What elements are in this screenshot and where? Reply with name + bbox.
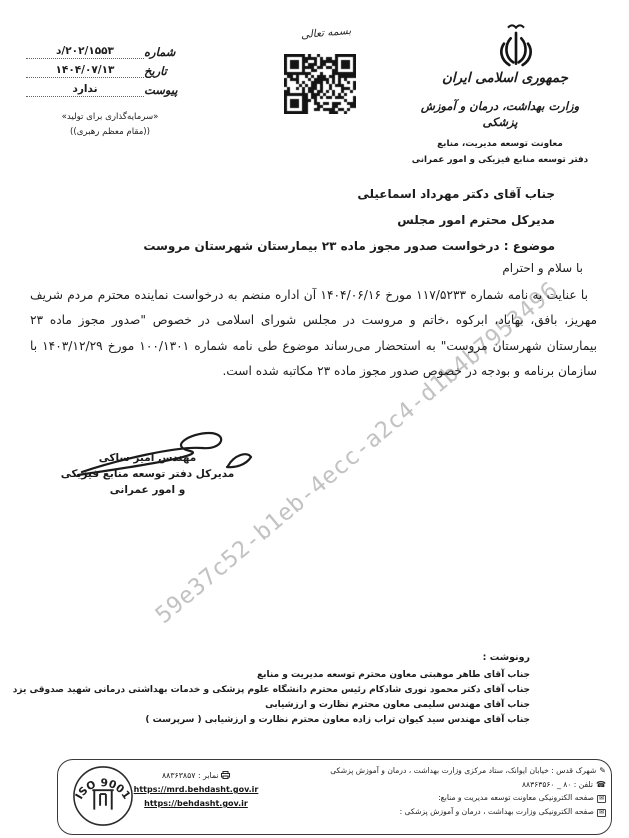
footer-email-1: صفحه الکترونیکی معاونت توسعه مدیریت و من… bbox=[438, 793, 594, 802]
footer-email-row-2: ✉صفحه الکترونیکی وزارت بهداشت ، درمان و … bbox=[288, 805, 606, 819]
date-label: تاریخ bbox=[144, 64, 194, 78]
bismillah-script: بسمه تعالی bbox=[278, 23, 375, 43]
stamp-row-number: شماره ۲۰۲/۱۵۵۳/د bbox=[26, 40, 194, 59]
cc-item: جناب آقای مهندس سلیمی معاون محترم نظارت … bbox=[13, 698, 530, 713]
slogan-attribution: ((مقام معظم رهبری)) bbox=[26, 125, 194, 140]
envelope-icon: ✉ bbox=[597, 809, 606, 817]
date-value: ۱۴۰۴/۰۷/۱۳ bbox=[26, 64, 144, 78]
iso-label: ISO 9001 bbox=[72, 776, 133, 801]
signature-scribble bbox=[18, 420, 258, 486]
fax-number: ۸۸۳۶۳۸۵۷ bbox=[162, 771, 196, 780]
footer-email-2: صفحه الکترونیکی وزارت بهداشت ، درمان و آ… bbox=[400, 807, 594, 816]
cc-item: جناب آقای دکتر محمود نوری شادکام رئیس مح… bbox=[13, 683, 530, 698]
letter-meta-stamp: شماره ۲۰۲/۱۵۵۳/د تاریخ ۱۴۰۴/۰۷/۱۳ پیوست … bbox=[26, 40, 194, 97]
subject-line: موضوع : درخواست صدور مجوز ماده ۲۳ بیمارس… bbox=[143, 233, 555, 259]
footer-address: شهرک قدس : خیابان ایوانک، ستاد مرکزی وزا… bbox=[330, 766, 596, 775]
pencil-icon: ✎ bbox=[599, 764, 606, 778]
letterhead-office: دفتر توسعه منابع فیزیکی و امور عمرانی bbox=[402, 155, 598, 165]
ministry-website-link[interactable]: https://behdasht.gov.ir bbox=[121, 797, 271, 811]
letter-body: با عنایت به نامه شماره ۱۱۷/۵۲۳۳ مورخ ۱۴۰… bbox=[30, 283, 597, 384]
cc-item: جناب آقای طاهر موهبتی معاون محترم توسعه … bbox=[13, 668, 530, 683]
letterhead-deputy: معاونت توسعه مدیریت، منابع bbox=[425, 139, 575, 149]
iso-9001-logo: ISO 9001 bbox=[72, 765, 134, 831]
number-label: شماره bbox=[144, 45, 194, 59]
letterhead-ministry: وزارت بهداشت، درمان و آموزش پزشکی bbox=[408, 98, 592, 130]
slogan-text: «سرمایه‌گذاری برای تولید» bbox=[26, 110, 194, 125]
cc-item: جناب آقای مهندس سید کیوان تراب زاده معاو… bbox=[13, 713, 530, 728]
attachment-value: ندارد bbox=[26, 83, 144, 97]
footer-links-block: نمابر : ۸۸۳۶۳۸۵۷ https://mrd.behdasht.go… bbox=[121, 769, 271, 811]
fax-label: نمابر : bbox=[198, 771, 219, 780]
footer-phone-row: ☎تلفن : ۸۰ _ ۸۸۳۶۳۵۶۰ bbox=[288, 778, 606, 792]
footer-contact-block: ✎شهرک قدس : خیابان ایوانک، ستاد مرکزی وز… bbox=[288, 764, 606, 818]
letter-page: 59e37c52-b1eb-4ecc-a2c4-d1b4b7953496 شما… bbox=[0, 0, 629, 838]
phone-icon: ☎ bbox=[596, 778, 606, 792]
footer-email-row-1: ✉صفحه الکترونیکی معاونت توسعه مدیریت و م… bbox=[288, 791, 606, 805]
envelope-icon: ✉ bbox=[597, 795, 606, 803]
recipient-name: جناب آقای دکتر مهرداد اسماعیلی bbox=[143, 181, 555, 207]
cc-heading: رونوشت : bbox=[13, 650, 530, 665]
phone-label: تلفن : bbox=[574, 780, 593, 789]
number-value: ۲۰۲/۱۵۵۳/د bbox=[26, 45, 144, 59]
attachment-label: پیوست bbox=[144, 83, 194, 97]
recipient-title: مدیرکل محترم امور مجلس bbox=[143, 207, 555, 233]
fax-printer-icon bbox=[221, 771, 230, 779]
mrd-website-link[interactable]: https://mrd.behdasht.gov.ir bbox=[121, 783, 271, 797]
svg-text:ISO 9001: ISO 9001 bbox=[72, 776, 133, 801]
letterhead-country: جمهوری اسلامی ایران bbox=[440, 70, 570, 86]
stamp-row-attachment: پیوست ندارد bbox=[26, 78, 194, 97]
qr-code bbox=[284, 54, 356, 114]
footer: ✎شهرک قدس : خیابان ایوانک، ستاد مرکزی وز… bbox=[57, 759, 612, 835]
phone-number: ۸۰ _ ۸۸۳۶۳۵۶۰ bbox=[522, 780, 571, 789]
recipient-block: جناب آقای دکتر مهرداد اسماعیلی مدیرکل مح… bbox=[143, 181, 555, 259]
cc-block: رونوشت : جناب آقای طاهر موهبتی معاون محت… bbox=[13, 650, 530, 728]
footer-fax-row: نمابر : ۸۸۳۶۳۸۵۷ bbox=[121, 769, 271, 783]
certification-monogram bbox=[92, 790, 113, 809]
iran-emblem-icon bbox=[496, 22, 536, 76]
year-slogan: «سرمایه‌گذاری برای تولید» ((مقام معظم ره… bbox=[26, 110, 194, 140]
stamp-row-date: تاریخ ۱۴۰۴/۰۷/۱۳ bbox=[26, 59, 194, 78]
footer-address-row: ✎شهرک قدس : خیابان ایوانک، ستاد مرکزی وز… bbox=[288, 764, 606, 778]
salutation: با سلام و احترام bbox=[502, 261, 583, 275]
